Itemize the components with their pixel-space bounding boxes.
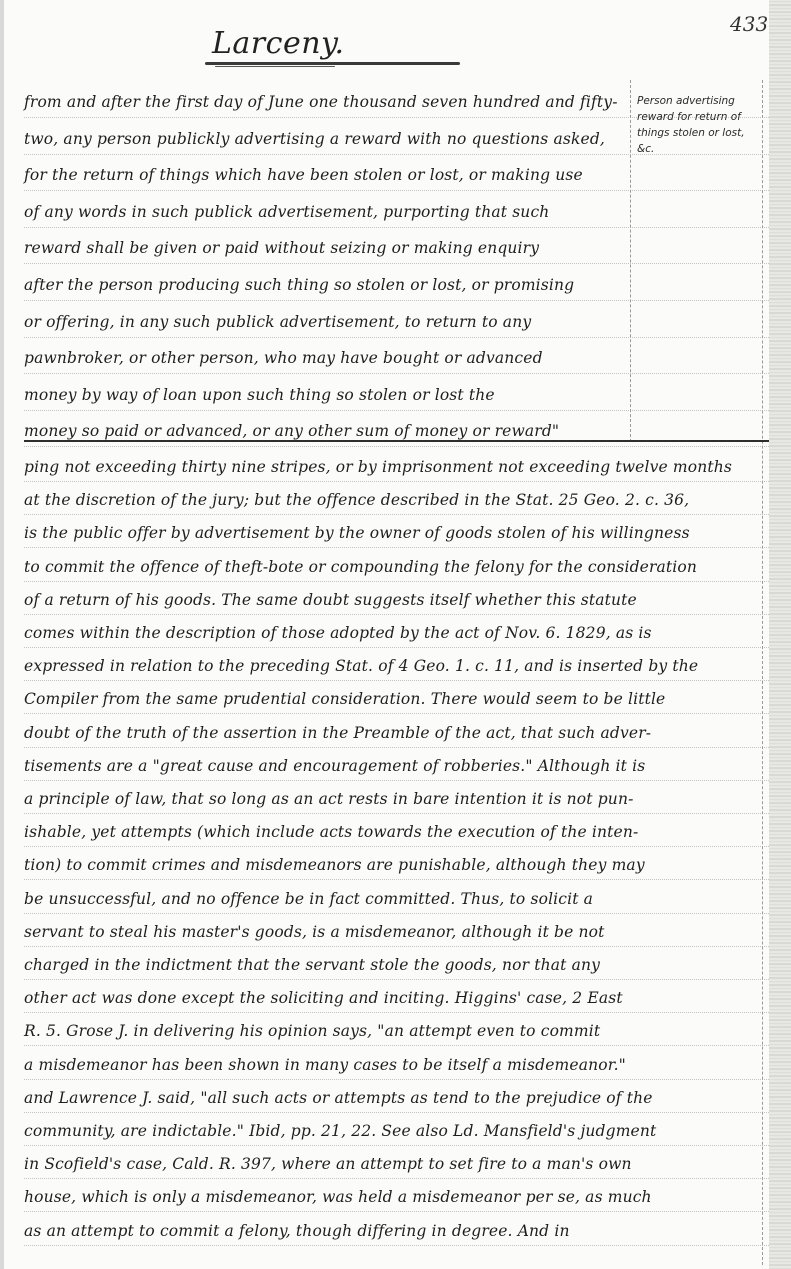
statute-line: pawnbroker, or other person, who may hav… [24,349,624,367]
commentary-line: doubt of the truth of the assertion in t… [24,724,769,742]
ruled-line [24,300,769,301]
margin-column-rule-left [630,80,631,442]
page-number: 433 [730,12,768,36]
ruled-line [24,713,769,714]
ruled-line [24,946,769,947]
commentary-line: house, which is only a misdemeanor, was … [24,1188,769,1206]
commentary-line: a principle of law, that so long as an a… [24,790,769,808]
statute-line: after the person producing such thing so… [24,276,624,294]
margin-note-line: things stolen or lost, [637,125,762,141]
ruled-line [24,337,769,338]
commentary-line: community, are indictable." Ibid, pp. 21… [24,1122,769,1140]
section-divider [24,440,769,442]
title-underline [205,62,460,65]
commentary-line: servant to steal his master's goods, is … [24,923,769,941]
commentary-line: comes within the description of those ad… [24,624,769,642]
commentary-line: expressed in relation to the preceding S… [24,657,769,675]
ruled-line [24,780,769,781]
ruled-line [24,1045,769,1046]
statute-line: or offering, in any such publick adverti… [24,313,624,331]
commentary-line: in Scofield's case, Cald. R. 397, where … [24,1155,769,1173]
statute-line: of any words in such publick advertiseme… [24,203,624,221]
ruled-line [24,647,769,648]
ruled-line [24,1211,769,1212]
title-underline-flourish [215,66,335,67]
ruled-line [24,747,769,748]
commentary-line: is the public offer by advertisement by … [24,524,769,542]
scan-left-edge [0,0,4,1269]
ruled-line [24,1145,769,1146]
statute-line: reward shall be given or paid without se… [24,239,624,257]
commentary-line: at the discretion of the jury; but the o… [24,491,769,509]
commentary-line: other act was done except the soliciting… [24,989,769,1007]
commentary-line: and Lawrence J. said, "all such acts or … [24,1089,769,1107]
margin-note: Person advertising reward for return of … [637,93,762,157]
ruled-line [24,1112,769,1113]
ruled-line [24,1012,769,1013]
ruled-line [24,1079,769,1080]
page-binding-edge [769,0,791,1269]
ruled-line [24,263,769,264]
statute-line: two, any person publickly advertising a … [24,130,624,148]
ruled-line [24,481,769,482]
ruled-line [24,846,769,847]
ruled-line [24,373,769,374]
ruled-line [24,190,769,191]
ruled-line [24,879,769,880]
commentary-line: tisements are a "great cause and encoura… [24,757,769,775]
ruled-line [24,1178,769,1179]
statute-line: money so paid or advanced, or any other … [24,422,624,440]
ruled-line [24,514,769,515]
ruled-line [24,581,769,582]
ruled-line [24,227,769,228]
commentary-line: tion) to commit crimes and misdemeanors … [24,856,769,874]
ruled-line [24,979,769,980]
ruled-line [24,614,769,615]
commentary-line: be unsuccessful, and no offence be in fa… [24,890,769,908]
commentary-line: charged in the indictment that the serva… [24,956,769,974]
commentary-line: Compiler from the same prudential consid… [24,690,769,708]
commentary-line: to commit the offence of theft-bote or c… [24,558,769,576]
commentary-line: ping not exceeding thirty nine stripes, … [24,458,769,476]
ruled-line [24,1245,769,1246]
ruled-line [24,547,769,548]
commentary-line: as an attempt to commit a felony, though… [24,1222,769,1240]
ruled-line [24,680,769,681]
ruled-line [24,446,769,447]
page-title: Larceny. [212,26,345,61]
ruled-line [24,913,769,914]
margin-note-line: Person advertising [637,93,762,109]
statute-line: from and after the first day of June one… [24,93,624,111]
commentary-line: of a return of his goods. The same doubt… [24,591,769,609]
commentary-line: R. 5. Grose J. in delivering his opinion… [24,1022,769,1040]
ruled-line [24,410,769,411]
statute-line: money by way of loan upon such thing so … [24,386,624,404]
commentary-line: a misdemeanor has been shown in many cas… [24,1056,769,1074]
statute-line: for the return of things which have been… [24,166,624,184]
margin-note-line: reward for return of [637,109,762,125]
commentary-line: ishable, yet attempts (which include act… [24,823,769,841]
ruled-line [24,813,769,814]
margin-note-line: &c. [637,141,762,157]
